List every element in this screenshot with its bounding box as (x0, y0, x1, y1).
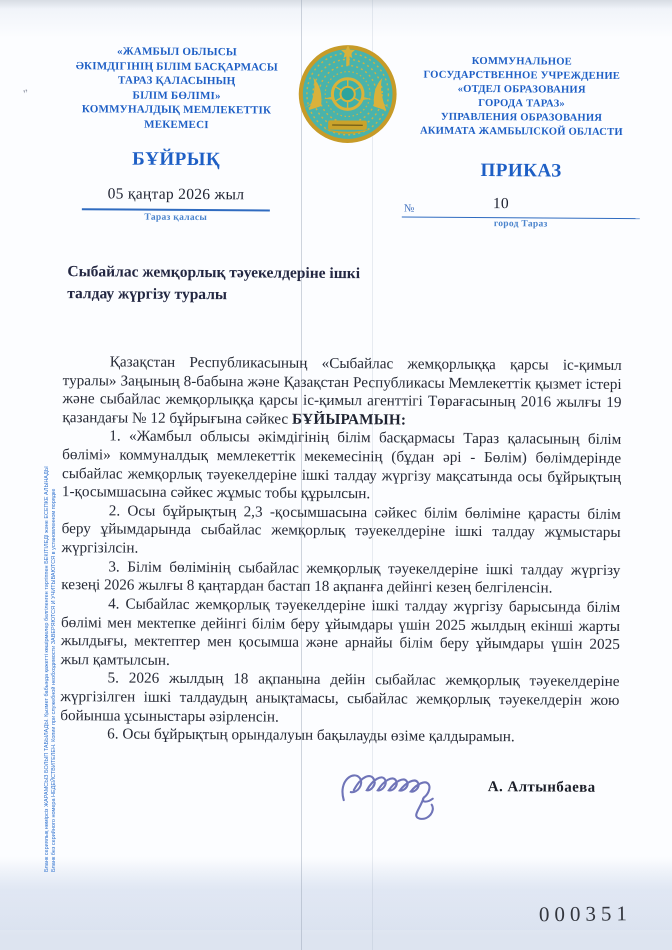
document-content: «ЖАМБЫЛ ОБЛЫСЫ ӘКІМДІГІНІҢ БІЛІМ БАСҚАРМ… (0, 0, 672, 950)
order-date: 05 қаңтар 2026 жыл (56, 184, 296, 206)
org-line: ГОСУДАРСТВЕННОЕ УЧРЕЖДЕНИЕ (395, 68, 649, 84)
org-line: МЕКЕМЕСІ (56, 117, 296, 133)
org-line: БІЛІМ БӨЛІМІ» (57, 88, 297, 104)
kazakhstan-emblem-icon (296, 43, 399, 150)
doc-type-russian: ПРИКАЗ (394, 157, 648, 184)
order-item: 6. Осы бұйрықтың орындалуын бақылауды өз… (60, 725, 619, 748)
resolve-word: БҰЙЫРАМЫН: (292, 411, 406, 429)
form-serial-number: 000351 (539, 901, 632, 927)
doc-type-kazakh: БҰЙРЫҚ (56, 146, 296, 173)
order-item: 4. Сыбайлас жемқорлық тәуекелдеріне ішкі… (61, 595, 621, 673)
place-russian: город Тараз (394, 217, 648, 231)
org-line: «ЖАМБЫЛ ОБЛЫСЫ (57, 44, 297, 60)
order-number-value: 10 (402, 194, 600, 216)
margin-security-note: Бланк сериялық нөмірсіз ЖАРАМСЫЗ БОЛЫП Т… (44, 332, 58, 872)
signatory-name: А. Алтынбаева (488, 779, 596, 797)
margin-note-russian: Бланк без серийного номера НЕДЕЙСТВИТЕЛЕ… (51, 332, 58, 872)
handwritten-signature-icon (332, 760, 470, 825)
order-item: 1. «Жамбыл облысы әкімдігінің білім басқ… (62, 428, 622, 506)
order-body: Қазақстан Республикасының «Сыбайлас жемқ… (60, 353, 622, 748)
order-item: 5. 2026 жылдың 18 ақпанына дейін сыбайла… (60, 669, 619, 729)
scanned-page: ˮ «ЖАМБЫЛ ОБЛЫСЫ ӘКІМДІГІНІҢ БІЛІМ БАСҚА… (0, 0, 672, 950)
org-line: АКИМАТА ЖАМБЫЛСКОЙ ОБЛАСТИ (394, 124, 648, 140)
order-number-row: № 10 (402, 192, 640, 219)
order-item: 3. Білім бөлімінің сыбайлас жемқорлық тә… (61, 558, 620, 599)
org-line: КОММУНАЛДЫҚ МЕМЛЕКЕТТІК (57, 102, 297, 118)
place-kazakh: Тараз қаласы (56, 211, 296, 225)
preamble-paragraph: Қазақстан Республикасының «Сыбайлас жемқ… (62, 353, 622, 431)
org-name-russian-block: КОММУНАЛЬНОЕ ГОСУДАРСТВЕННОЕ УЧРЕЖДЕНИЕ … (394, 54, 649, 231)
margin-note-kazakh: Бланк сериялық нөмірсіз ЖАРАМСЫЗ БОЛЫП Т… (44, 332, 51, 872)
order-item: 2. Осы бұйрықтың 2,3 -қосымшасына сәйкес… (61, 502, 620, 562)
order-subject: Сыбайлас жемқорлық тәуекелдеріне ішкі та… (67, 261, 367, 307)
org-line: ТАРАЗ ҚАЛАСЫНЫҢ (57, 73, 297, 89)
org-name-kazakh-block: «ЖАМБЫЛ ОБЛЫСЫ ӘКІМДІГІНІҢ БІЛІМ БАСҚАРМ… (56, 44, 297, 225)
org-line: ӘКІМДІГІНІҢ БІЛІМ БАСҚАРМАСЫ (57, 59, 297, 75)
